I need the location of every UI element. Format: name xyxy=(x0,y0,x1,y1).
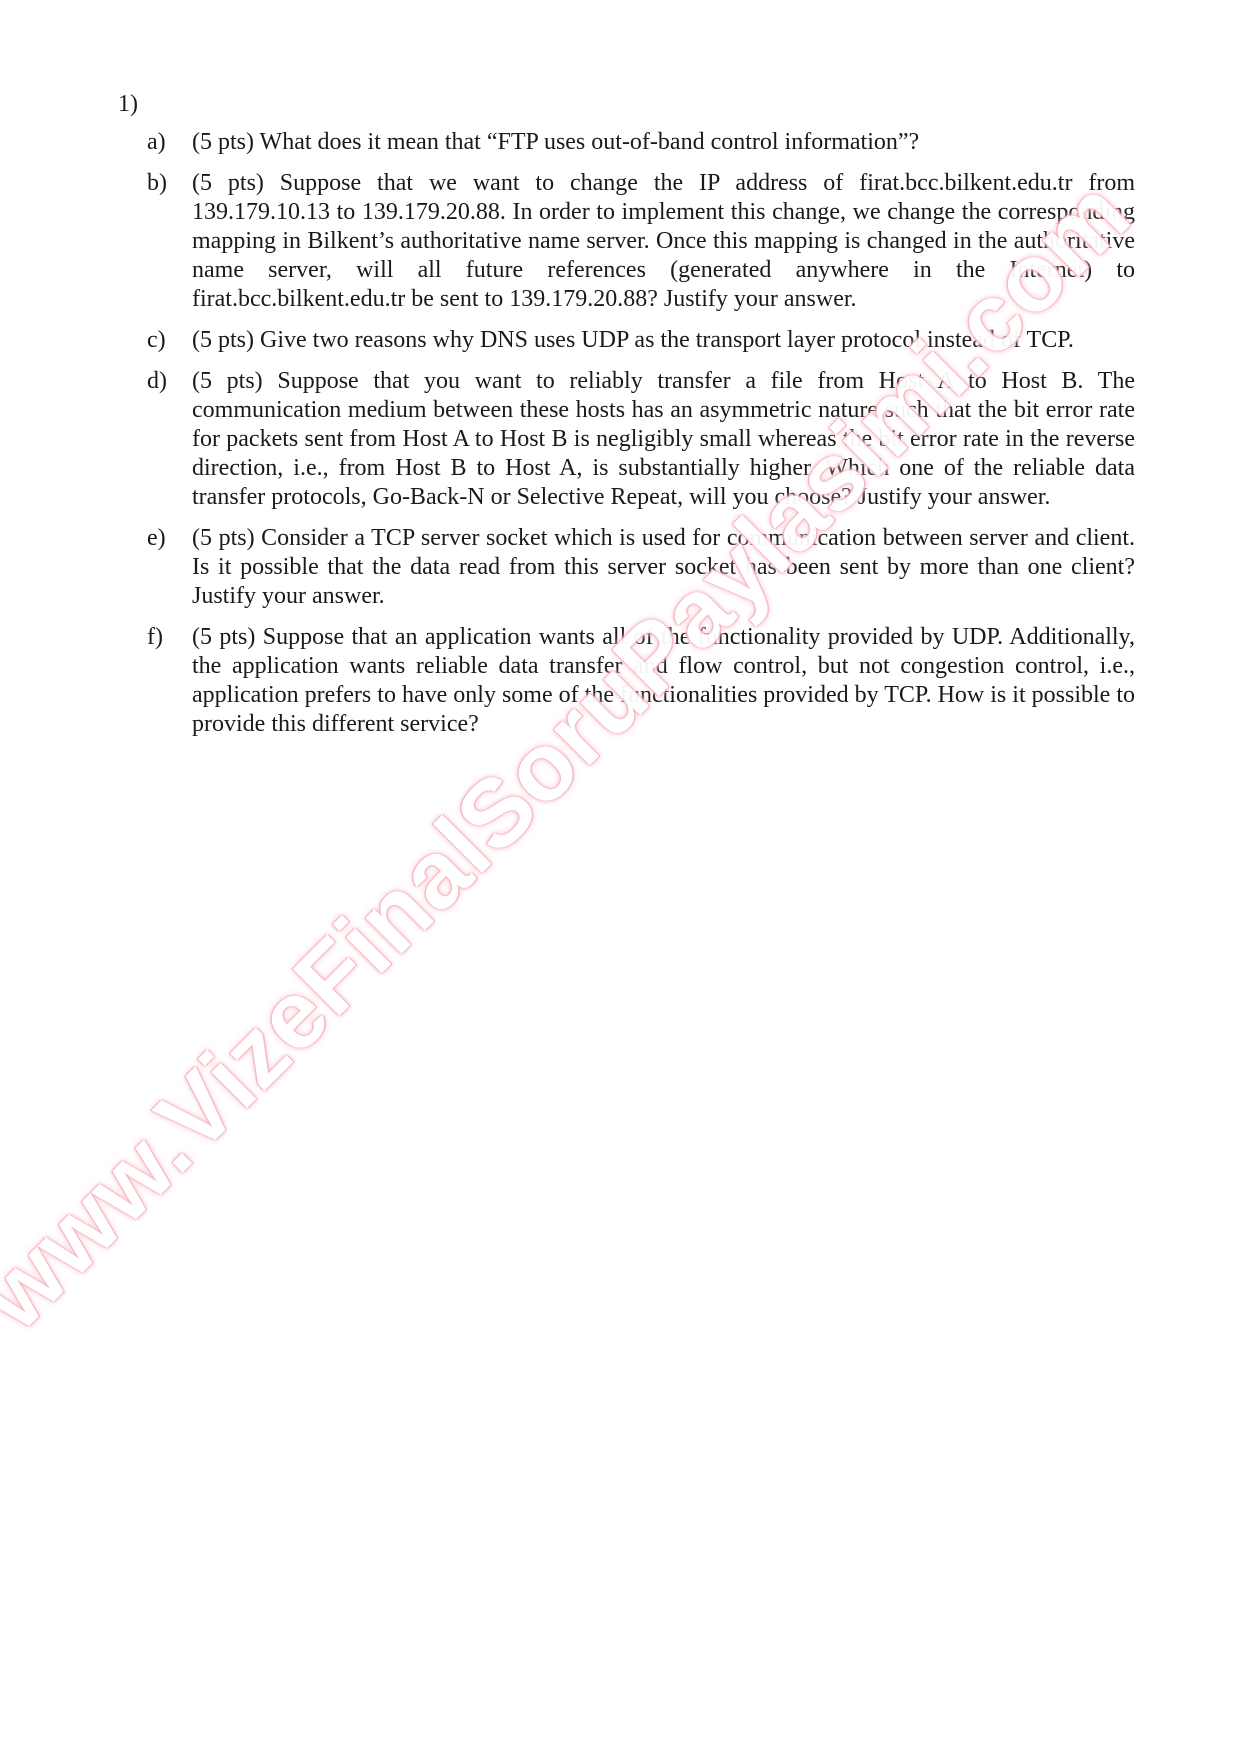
question-item-d: d) (5 pts) Suppose that you want to reli… xyxy=(147,367,1135,512)
item-label: d) xyxy=(147,367,167,396)
question-item-a: a) (5 pts) What does it mean that “FTP u… xyxy=(147,128,1135,157)
question-item-f: f) (5 pts) Suppose that an application w… xyxy=(147,623,1135,739)
question-items: a) (5 pts) What does it mean that “FTP u… xyxy=(147,128,1135,751)
question-item-c: c) (5 pts) Give two reasons why DNS uses… xyxy=(147,326,1135,355)
item-text: (5 pts) Suppose that you want to reliabl… xyxy=(192,367,1135,512)
item-text: (5 pts) Suppose that we want to change t… xyxy=(192,169,1135,314)
question-number: 1) xyxy=(118,90,138,119)
item-label: e) xyxy=(147,524,166,553)
question-item-b: b) (5 pts) Suppose that we want to chang… xyxy=(147,169,1135,314)
item-text: (5 pts) Consider a TCP server socket whi… xyxy=(192,524,1135,611)
item-text: (5 pts) What does it mean that “FTP uses… xyxy=(192,128,1135,157)
exam-page: 1) a) (5 pts) What does it mean that “FT… xyxy=(0,0,1240,1754)
question-item-e: e) (5 pts) Consider a TCP server socket … xyxy=(147,524,1135,611)
item-text: (5 pts) Give two reasons why DNS uses UD… xyxy=(192,326,1135,355)
item-label: f) xyxy=(147,623,163,652)
item-label: a) xyxy=(147,128,166,157)
item-label: b) xyxy=(147,169,167,198)
item-text: (5 pts) Suppose that an application want… xyxy=(192,623,1135,739)
item-label: c) xyxy=(147,326,166,355)
